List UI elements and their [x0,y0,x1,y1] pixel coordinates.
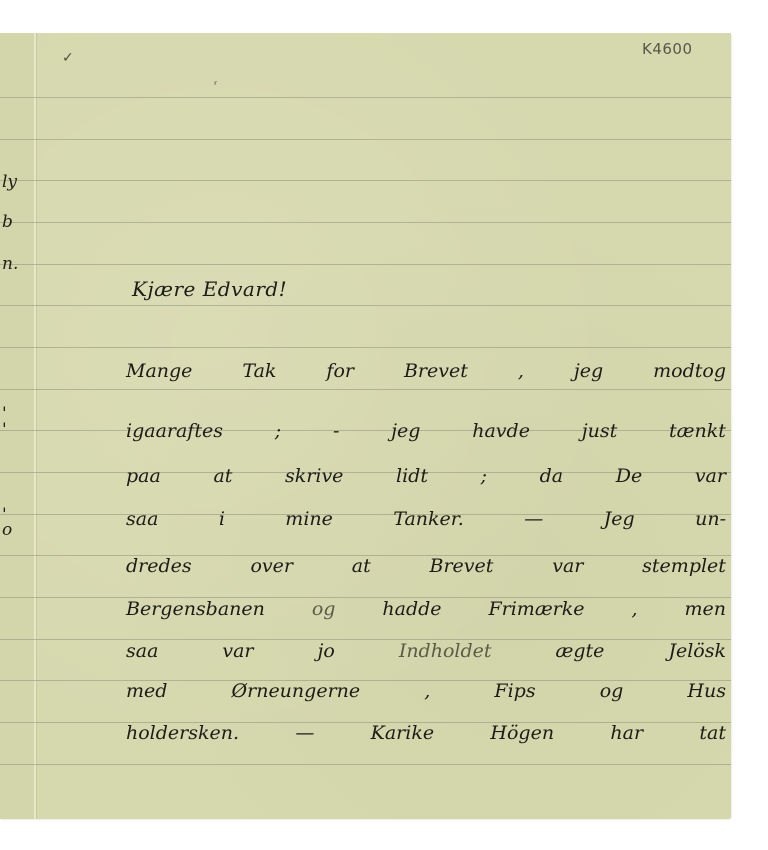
check-mark-icon: ✓ [62,50,74,66]
word: og [312,598,336,620]
word: Frimærke [488,598,584,620]
ruled-line [0,222,731,223]
word: Jelösk [668,640,726,662]
word: saa [126,508,158,530]
prev-page-fragment: b [2,212,13,232]
catalog-number: K4600 [642,40,693,58]
ruled-line [0,347,731,348]
word: at [352,555,371,577]
word: just [582,420,618,442]
word: , [631,598,637,620]
ruled-line [0,97,731,98]
word: — [295,722,314,744]
word: saa [126,640,158,662]
prev-page-fragment: ' [2,420,7,440]
word: un- [695,508,726,530]
word: men [684,598,726,620]
word: lidt [396,465,428,487]
letter-line-9: holdersken. — Karike Högen har tat [126,722,726,744]
word: tænkt [669,420,726,442]
word: Högen [490,722,554,744]
word: skrive [285,465,343,487]
word: Mange [126,360,192,382]
letter-line-7: saa var jo Indholdet ægte Jelösk [126,640,726,662]
word: Tanker. [393,508,464,530]
word: har [610,722,643,744]
word: — [524,508,543,530]
pencil-stroke-mark: ʳ [214,78,217,92]
word: i [219,508,225,530]
prev-page-fragment: o [2,520,12,540]
word: var [552,555,583,577]
word: jeg [574,360,603,382]
letter-line-5: dredes over at Brevet var stemplet [126,555,726,577]
letter-line-8: med Ørneungerne , Fips og Hus [126,680,726,702]
word: ; [275,420,281,442]
word: , [518,360,524,382]
ruled-line [0,764,731,765]
word: for [326,360,354,382]
word: var [222,640,253,662]
word: tat [699,722,726,744]
letter-line-6: Bergensbanen og hadde Frimærke , men [126,598,726,620]
letter-line-4: saa i mine Tanker. — Jeg un- [126,508,726,530]
ruled-line [0,305,731,306]
word: Jeg [604,508,635,530]
word: Karike [371,722,434,744]
word: igaaraftes [126,420,223,442]
ruled-line [0,139,731,140]
ruled-line [0,389,731,390]
word: - [333,420,339,442]
word: og [600,680,624,702]
word: ; [481,465,487,487]
word: holdersken. [126,722,239,744]
word: havde [472,420,530,442]
word: mine [285,508,333,530]
salutation: Kjære Edvard! [132,277,287,301]
word: var [695,465,726,487]
letter-line-1: Mange Tak for Brevet , jeg modtog [126,360,726,382]
word: paa [126,465,161,487]
word: , [424,680,430,702]
word: med [126,680,167,702]
letter-line-2: igaaraftes ; - jeg havde just tænkt [126,420,726,442]
letter-line-3: paa at skrive lidt ; da De var [126,465,726,487]
word: Brevet [404,360,468,382]
word: Fips [494,680,535,702]
word: jo [318,640,335,662]
word: ægte [555,640,604,662]
prev-page-fragment: ly [2,172,17,192]
word: modtog [653,360,726,382]
word: Bergensbanen [126,598,265,620]
word: over [250,555,293,577]
ruled-line [0,180,731,181]
word: hadde [382,598,441,620]
prev-page-fragment: n. [2,254,18,274]
word: jeg [391,420,420,442]
word: at [213,465,232,487]
word: Hus [687,680,726,702]
word: De [616,465,642,487]
ruled-line [0,264,731,265]
page-fold-line [34,33,36,819]
word: Brevet [430,555,494,577]
word: dredes [126,555,192,577]
word: Indholdet [399,640,492,662]
word: Tak [242,360,276,382]
word: da [540,465,564,487]
word: Ørneungerne [232,680,361,702]
word: stemplet [642,555,726,577]
